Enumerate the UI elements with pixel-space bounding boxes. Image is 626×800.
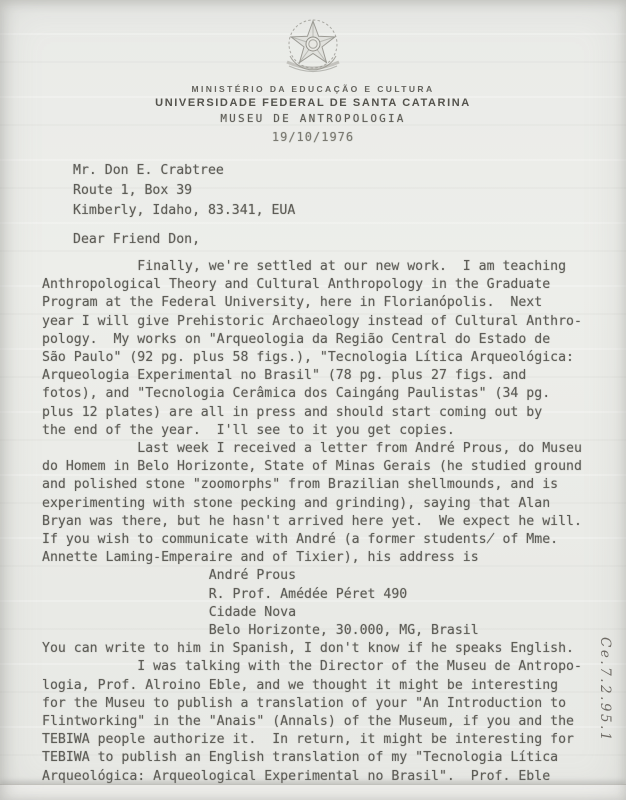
text-line: André Prous — [42, 567, 582, 585]
text-line: experimenting with stone pecking and gri… — [42, 495, 582, 513]
text-line: plus 12 plates) are all in press and sho… — [42, 404, 582, 422]
text-line: Route 1, Box 39 — [73, 181, 295, 201]
letter-body: Finally, we're settled at our new work. … — [42, 258, 582, 786]
text-line: R. Prof. Amédée Péret 490 — [42, 586, 582, 604]
text-line: You can write to him in Spanish, I don't… — [42, 640, 582, 658]
text-line: logia, Prof. Alroino Eble, and we though… — [42, 677, 582, 695]
text-line: pology. My works on "Arqueologia da Regi… — [42, 331, 582, 349]
brazil-coat-of-arms-icon — [277, 15, 349, 81]
letterhead-museum: MUSEU DE ANTROPOLOGIA — [0, 112, 626, 125]
text-line: Flintworking" in the "Anais" (Annals) of… — [42, 713, 582, 731]
text-line: Program at the Federal University, here … — [42, 294, 582, 312]
letter-date: 19/10/1976 — [0, 130, 626, 144]
recipient-address: Mr. Don E. CrabtreeRoute 1, Box 39Kimber… — [73, 161, 295, 221]
text-line: São Paulo" (92 pg. plus 58 figs.), "Tecn… — [42, 349, 582, 367]
text-line: Cidade Nova — [42, 604, 582, 622]
text-line: do Homem in Belo Horizonte, State of Min… — [42, 458, 582, 476]
letter-page: MINISTÉRIO DA EDUCAÇÃO E CULTURA UNIVERS… — [0, 0, 626, 800]
text-line: for the Museu to publish a translation o… — [42, 695, 582, 713]
archive-number-handwritten: Ce.7.2.95.1 — [597, 637, 613, 743]
text-line: and polished stone "zoomorphs" from Braz… — [42, 476, 582, 494]
letterhead: MINISTÉRIO DA EDUCAÇÃO E CULTURA UNIVERS… — [0, 0, 626, 144]
text-line: Mr. Don E. Crabtree — [73, 161, 295, 181]
page-bottom-edge — [0, 785, 626, 800]
text-line: year I will give Prehistoric Archaeology… — [42, 313, 582, 331]
text-line: If you wish to communicate with André (a… — [42, 531, 582, 549]
text-line: Arqueologia Experimental no Brasil" (78 … — [42, 367, 582, 385]
text-line: Arqueológica: Arqueological Experimental… — [42, 768, 582, 786]
text-line: Kimberly, Idaho, 83.341, EUA — [73, 201, 295, 221]
text-line: TEBIWA people authorize it. In return, i… — [42, 731, 582, 749]
text-line: Finally, we're settled at our new work. … — [42, 258, 582, 276]
text-line: Anthropological Theory and Cultural Anth… — [42, 276, 582, 294]
text-line: TEBIWA to publish an English translation… — [42, 749, 582, 767]
letterhead-ministry: MINISTÉRIO DA EDUCAÇÃO E CULTURA — [0, 84, 626, 94]
letterhead-university: UNIVERSIDADE FEDERAL DE SANTA CATARINA — [0, 97, 626, 109]
salutation: Dear Friend Don, — [73, 232, 200, 247]
text-line: Belo Horizonte, 30.000, MG, Brasil — [42, 622, 582, 640]
text-line: fotos), and "Tecnologia Cerâmica dos Cai… — [42, 385, 582, 403]
text-line: Annette Laming-Emperaire and of Tixier),… — [42, 549, 582, 567]
text-line: the end of the year. I'll see to it you … — [42, 422, 582, 440]
text-line: I was talking with the Director of the M… — [42, 658, 582, 676]
text-line: Last week I received a letter from André… — [42, 440, 582, 458]
text-line: Bryan was there, but he hasn't arrived h… — [42, 513, 582, 531]
